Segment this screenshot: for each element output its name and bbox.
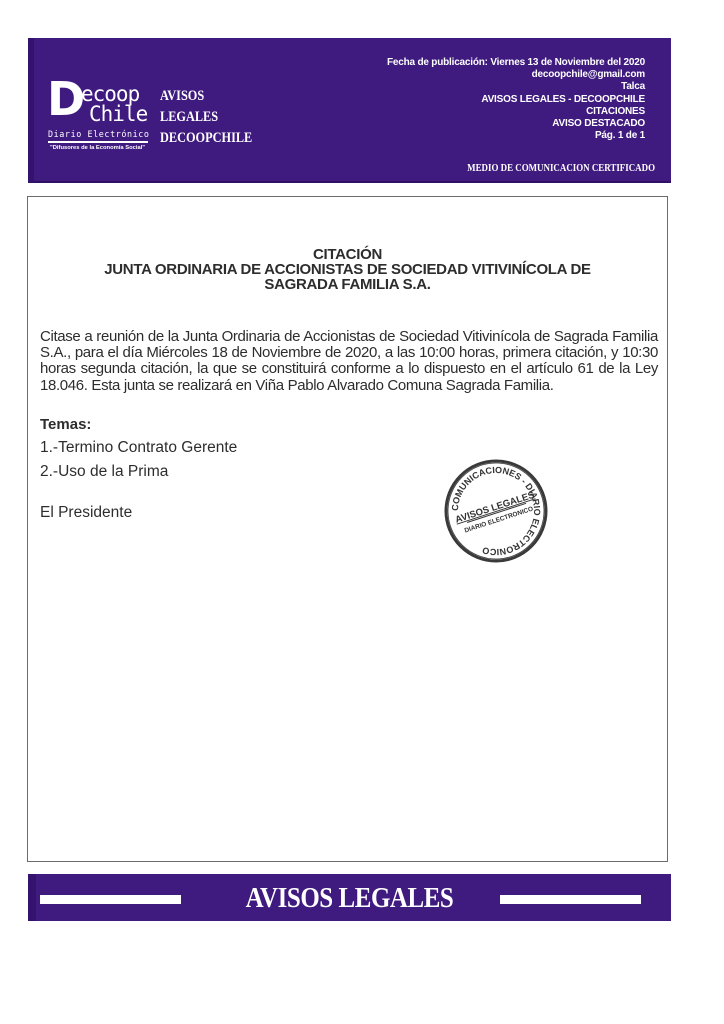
notice-box: CITACIÓN JUNTA ORDINARIA DE ACCIONISTAS … bbox=[27, 196, 668, 862]
logo-big-letter: D bbox=[47, 76, 84, 122]
brand-line: AVISOS bbox=[160, 86, 252, 107]
publication-section: AVISOS LEGALES - DECOOPCHILE bbox=[387, 94, 645, 106]
certified-label: MEDIO DE COMUNICACION CERTIFICADO bbox=[467, 163, 655, 174]
topics-label: Temas: bbox=[40, 416, 91, 433]
footer-divider-right bbox=[500, 895, 641, 904]
logo-line-2: Chile bbox=[89, 104, 147, 125]
notice-title-line: CITACIÓN bbox=[28, 247, 667, 262]
publication-category: CITACIONES bbox=[387, 106, 645, 118]
stamp-seal-icon: COMUNICACIONES - DIARIO ELECTRONICO AVIS… bbox=[441, 456, 551, 566]
logo-tagline: "Difusores de la Economía Social" bbox=[50, 145, 145, 151]
header-band: D ecoop Chile Diario Electrónico "Difuso… bbox=[28, 38, 671, 183]
notice-title: CITACIÓN JUNTA ORDINARIA DE ACCIONISTAS … bbox=[28, 247, 667, 292]
publication-type: AVISO DESTACADO bbox=[387, 118, 645, 130]
contact-email: decoopchile@gmail.com bbox=[387, 69, 645, 81]
notice-body: Citase a reunión de la Junta Ordinaria d… bbox=[40, 329, 658, 394]
publication-date: Fecha de publicación: Viernes 13 de Novi… bbox=[387, 57, 645, 69]
logo-divider bbox=[48, 141, 148, 143]
notice-title-line: JUNTA ORDINARIA DE ACCIONISTAS DE SOCIED… bbox=[28, 262, 667, 277]
publication-city: Talca bbox=[387, 81, 645, 93]
page-number: Pág. 1 de 1 bbox=[387, 130, 645, 142]
logo-subtitle: Diario Electrónico bbox=[48, 129, 150, 139]
brand-line: DECOOPCHILE bbox=[160, 128, 252, 149]
brand-line: LEGALES bbox=[160, 107, 252, 128]
topic-item: 2.-Uso de la Prima bbox=[40, 463, 168, 481]
decoopchile-logo: D ecoop Chile Diario Electrónico "Difuso… bbox=[47, 76, 167, 156]
signer: El Presidente bbox=[40, 504, 132, 522]
brand-title-stack: AVISOS LEGALES DECOOPCHILE bbox=[160, 86, 252, 149]
notice-title-line: SAGRADA FAMILIA S.A. bbox=[28, 277, 667, 292]
topic-item: 1.-Termino Contrato Gerente bbox=[40, 439, 237, 457]
publication-info: Fecha de publicación: Viernes 13 de Novi… bbox=[387, 57, 645, 142]
footer-band: AVISOS LEGALES bbox=[28, 874, 671, 921]
